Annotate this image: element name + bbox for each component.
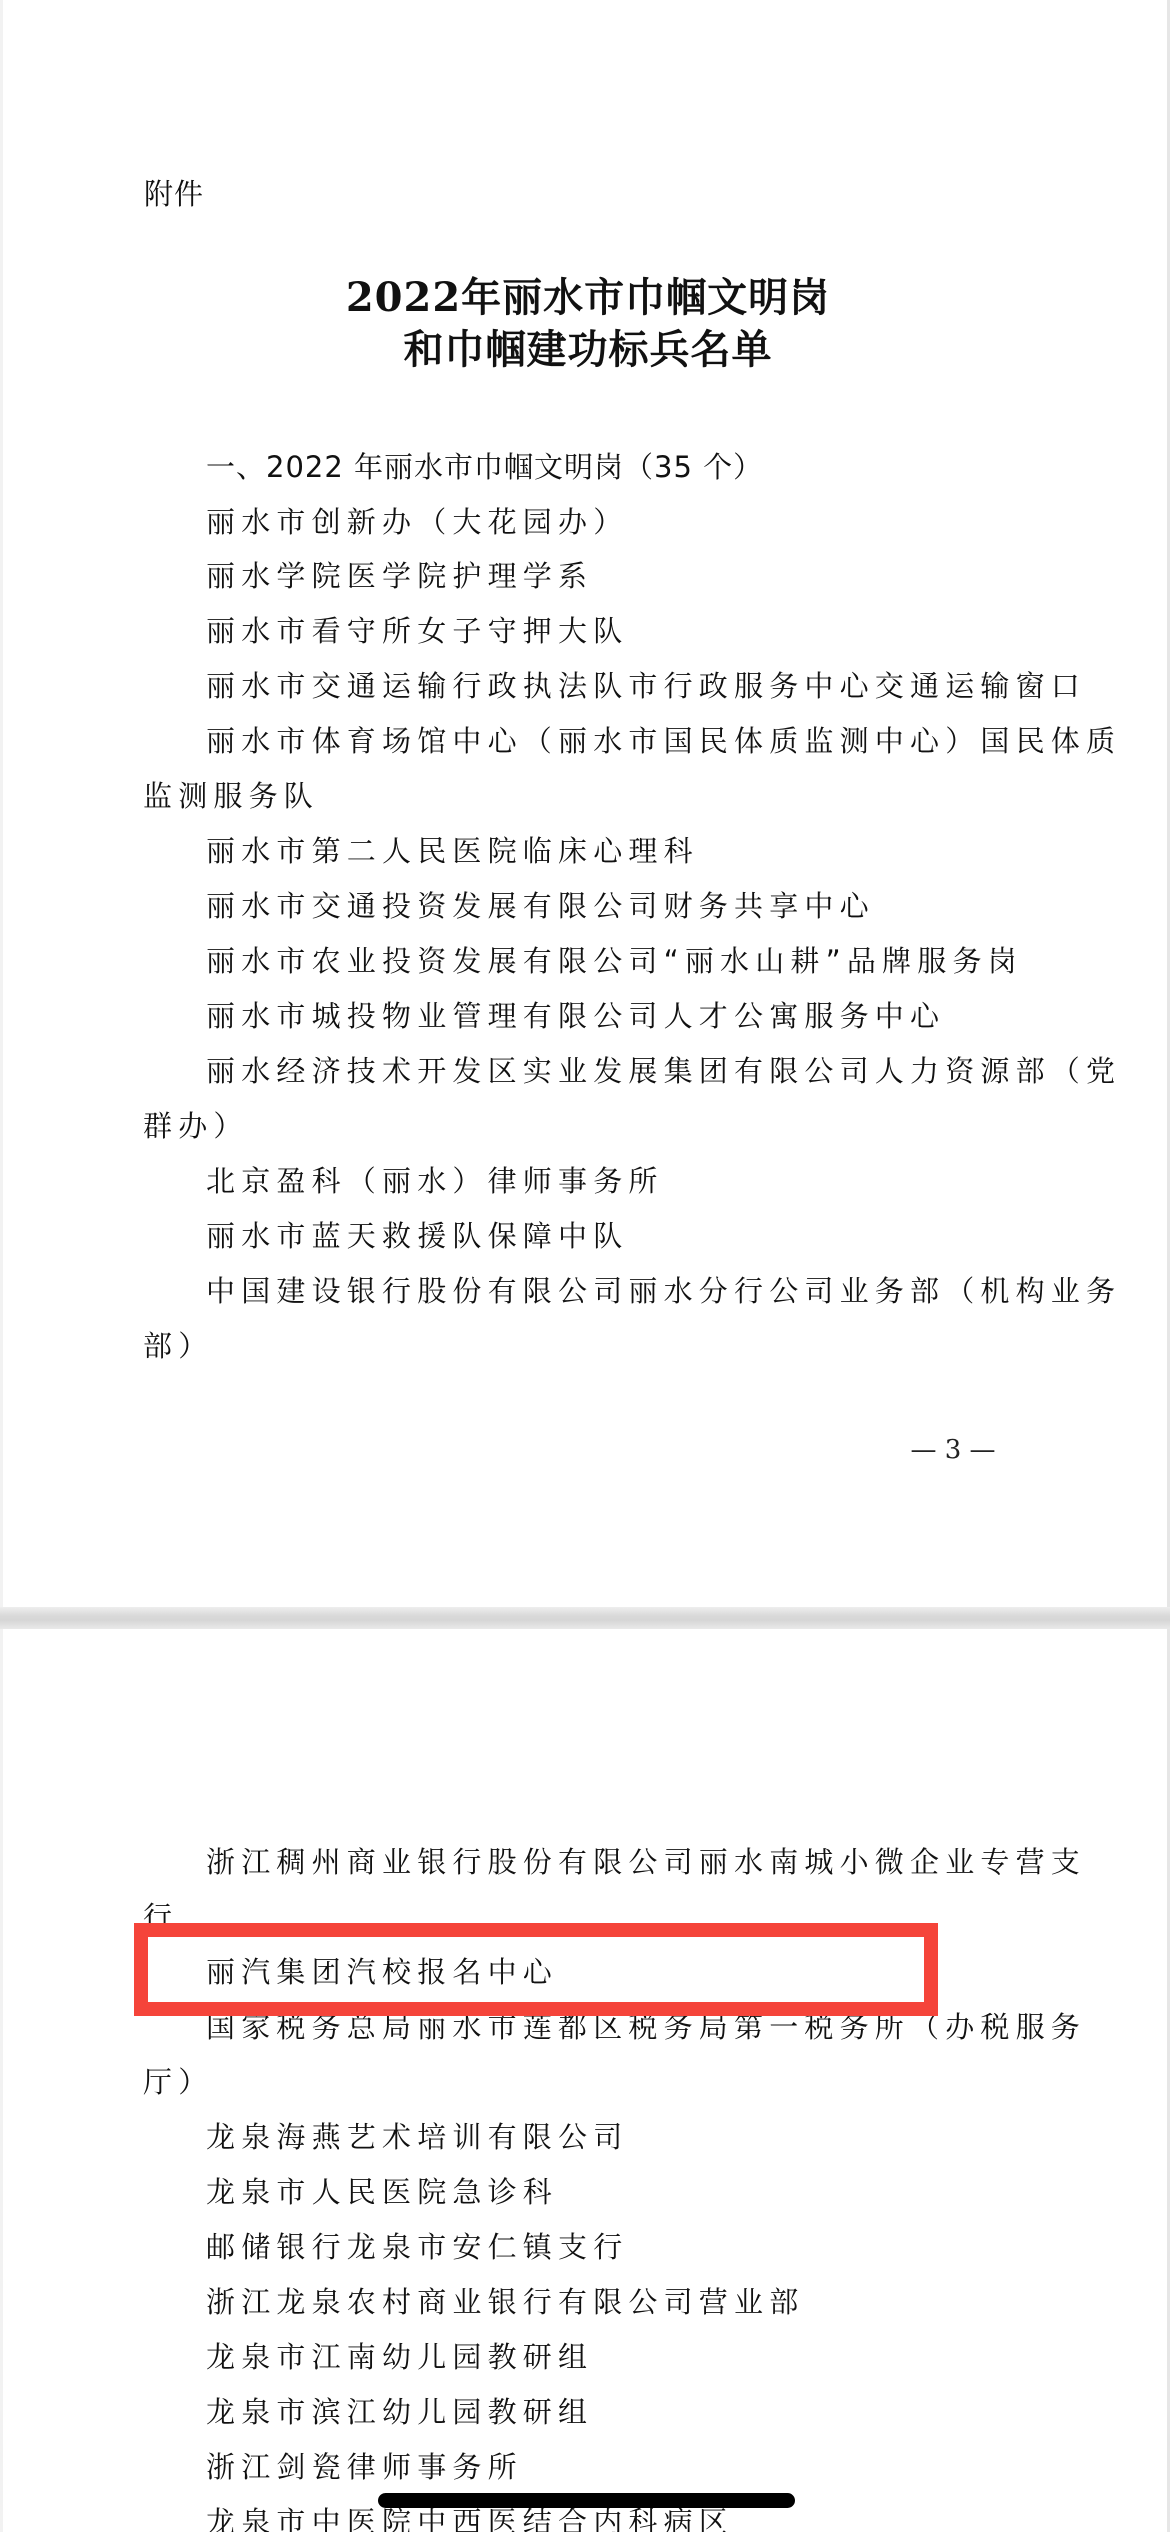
home-indicator-bar[interactable] <box>378 2493 795 2508</box>
attachment-label: 附件 <box>144 177 204 211</box>
list-item: 浙江稠州商业银行股份有限公司丽水南城小微企业专营支 <box>206 1845 1086 1879</box>
list-item: 丽水市交通投资发展有限公司财务共享中心 <box>206 889 875 923</box>
list-item: 中国建设银行股份有限公司丽水分行公司业务部（机构业务 <box>206 1274 1121 1308</box>
list-item: 龙泉海燕艺术培训有限公司 <box>206 2120 628 2154</box>
list-item: 龙泉市人民医院急诊科 <box>206 2175 558 2209</box>
list-item: 邮储银行龙泉市安仁镇支行 <box>206 2230 628 2264</box>
list-item: 丽水市农业投资发展有限公司“丽水山耕”品牌服务岗 <box>206 944 1023 978</box>
page-number: — 3 — <box>903 1435 1003 1465</box>
document-title-line-2: 和巾帼建功标兵名单 <box>3 326 1170 374</box>
list-item: 龙泉市滨江幼儿园教研组 <box>206 2395 593 2429</box>
list-item: 浙江剑瓷律师事务所 <box>206 2450 523 2484</box>
list-item: 丽水市创新办（大花园办） <box>206 505 628 539</box>
list-item: 丽水市第二人民医院临床心理科 <box>206 834 699 868</box>
page-separator <box>0 1607 1170 1629</box>
list-item: 丽水学院医学院护理学系 <box>206 559 593 593</box>
list-item-continuation: 群办） <box>143 1109 249 1143</box>
list-item: 北京盈科（丽水）律师事务所 <box>206 1164 664 1198</box>
document-page-3: 附件 2022年丽水市巾帼文明岗 和巾帼建功标兵名单 一、2022 年丽水市巾帼… <box>0 0 1170 1607</box>
list-item-continuation: 部） <box>143 1329 213 1363</box>
list-item: 丽水经济技术开发区实业发展集团有限公司人力资源部（党 <box>206 1054 1121 1088</box>
list-item: 丽水市蓝天救援队保障中队 <box>206 1219 628 1253</box>
list-item: 丽水市交通运输行政执法队市行政服务中心交通运输窗口 <box>206 669 1086 703</box>
list-item: 丽水市城投物业管理有限公司人才公寓服务中心 <box>206 999 945 1033</box>
list-item: 龙泉市中医院中西医结合内科病区 <box>206 2505 734 2532</box>
list-item-continuation: 监测服务队 <box>143 779 319 813</box>
list-item: 龙泉市江南幼儿园教研组 <box>206 2340 593 2374</box>
list-item: 浙江龙泉农村商业银行有限公司营业部 <box>206 2285 804 2319</box>
red-highlight-box <box>134 1923 938 2016</box>
section-heading: 一、2022 年丽水市巾帼文明岗（35 个） <box>206 450 763 484</box>
document-title-line-1: 2022年丽水市巾帼文明岗 <box>3 274 1170 322</box>
document-page-4: 浙江稠州商业银行股份有限公司丽水南城小微企业专营支 行 丽汽集团汽校报名中心 国… <box>0 1629 1170 2532</box>
list-item: 丽水市看守所女子守押大队 <box>206 614 628 648</box>
list-item: 丽水市体育场馆中心（丽水市国民体质监测中心）国民体质 <box>206 724 1121 758</box>
list-item-continuation: 厅） <box>143 2065 213 2099</box>
